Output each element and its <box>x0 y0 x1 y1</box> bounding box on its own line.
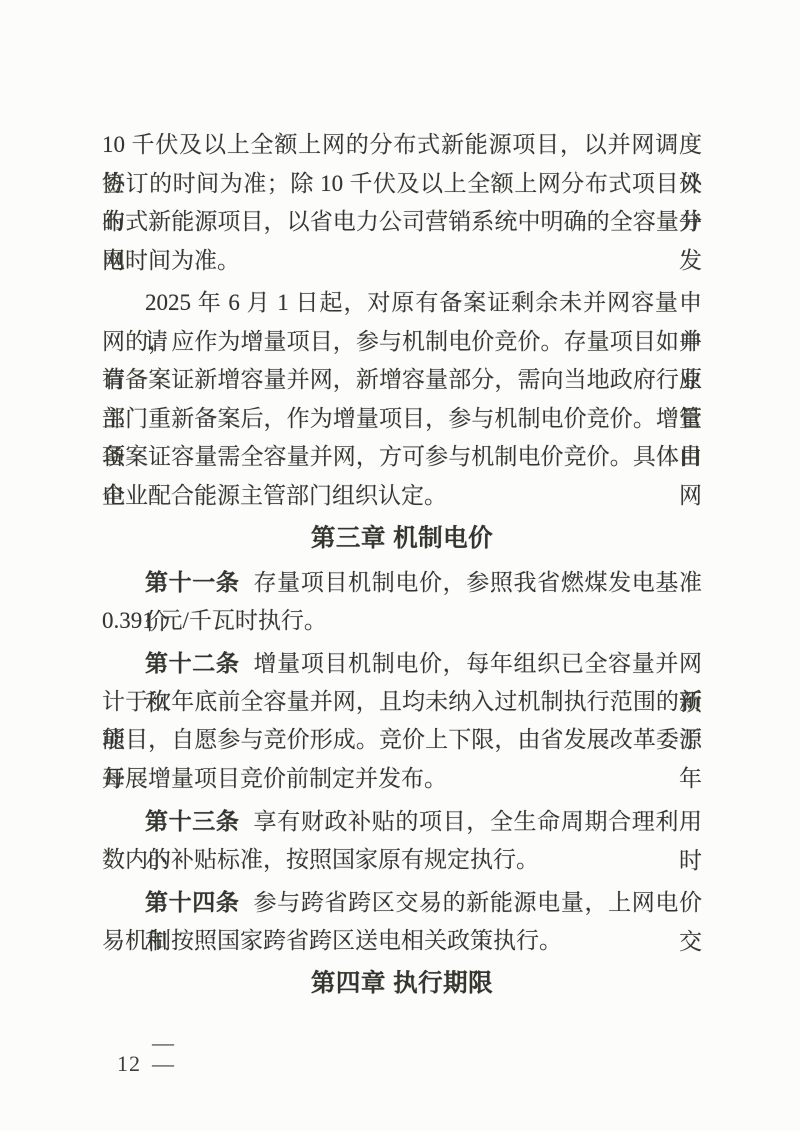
text-line: 签订的时间为准；除 10 千伏及以上全额上网分布式项目外的分 <box>102 165 702 204</box>
article-11-number: 第十一条 <box>145 569 240 595</box>
chapter-3-heading: 第三章 机制电价 <box>102 519 702 559</box>
article-13: 第十三条享有财政补贴的项目，全生命周期合理利用小时 数内的补贴标准，按照国家原有… <box>102 802 702 879</box>
paragraph-grid-connection-time: 10 千伏及以上全额上网的分布式新能源项目，以并网调度协议 签订的时间为准；除 … <box>102 126 702 280</box>
text-line: 第十四条参与跨省跨区交易的新能源电量，上网电价和交 <box>102 883 702 922</box>
text-line: 项目，自愿参与竞价形成。竞价上下限，由省发展改革委于每年 <box>102 721 702 760</box>
article-12-number: 第十二条 <box>145 650 240 676</box>
text-line: 第十三条享有财政补贴的项目，全生命周期合理利用小时 <box>102 802 702 841</box>
chapter-4-heading: 第四章 执行期限 <box>102 964 702 1004</box>
text-line: 布式新能源项目，以省电力公司营销系统中明确的全容量并网发 <box>102 203 702 242</box>
text-line: 第十二条增量项目机制电价，每年组织已全容量并网和预 <box>102 644 702 683</box>
text-line: 计于次年底前全容量并网，且均未纳入过机制执行范围的新能源 <box>102 683 702 722</box>
document-body: 10 千伏及以上全额上网的分布式新能源项目，以并网调度协议 签订的时间为准；除 … <box>102 126 702 1006</box>
footer-dash-side: — <box>152 1049 174 1079</box>
footer-dash-top: — <box>152 1028 174 1058</box>
text-line: 有备案证新增容量并网，新增容量部分，需向当地政府行业主管 <box>102 361 702 400</box>
text-line: 第十一条存量项目机制电价，参照我省燃煤发电基准价 <box>102 563 702 602</box>
text-line: 10 千伏及以上全额上网的分布式新能源项目，以并网调度协议 <box>102 126 702 165</box>
article-14: 第十四条参与跨省跨区交易的新能源电量，上网电价和交 易机制按照国家跨省跨区送电相… <box>102 883 702 960</box>
document-page: 10 千伏及以上全额上网的分布式新能源项目，以并网调度协议 签订的时间为准；除 … <box>0 0 800 1131</box>
text-line: 0.391 元/千瓦时执行。 <box>102 602 702 641</box>
text-line: 部门重新备案后，作为增量项目，参与机制电价竞价。增量项目 <box>102 400 702 439</box>
text-line: 网的，应作为增量项目，参与机制电价竞价。存量项目如申请原 <box>102 323 702 362</box>
article-11: 第十一条存量项目机制电价，参照我省燃煤发电基准价 0.391 元/千瓦时执行。 <box>102 563 702 640</box>
article-12: 第十二条增量项目机制电价，每年组织已全容量并网和预 计于次年底前全容量并网，且均… <box>102 644 702 798</box>
text-line: 备案证容量需全容量并网，方可参与机制电价竞价。具体由电网 <box>102 438 702 477</box>
text-line: 2025 年 6 月 1 日起，对原有备案证剩余未并网容量申请并 <box>102 284 702 323</box>
article-14-number: 第十四条 <box>145 889 240 915</box>
page-number: 12 <box>117 1049 141 1079</box>
paragraph-capacity-record: 2025 年 6 月 1 日起，对原有备案证剩余未并网容量申请并 网的，应作为增… <box>102 284 702 515</box>
article-13-number: 第十三条 <box>145 808 240 834</box>
